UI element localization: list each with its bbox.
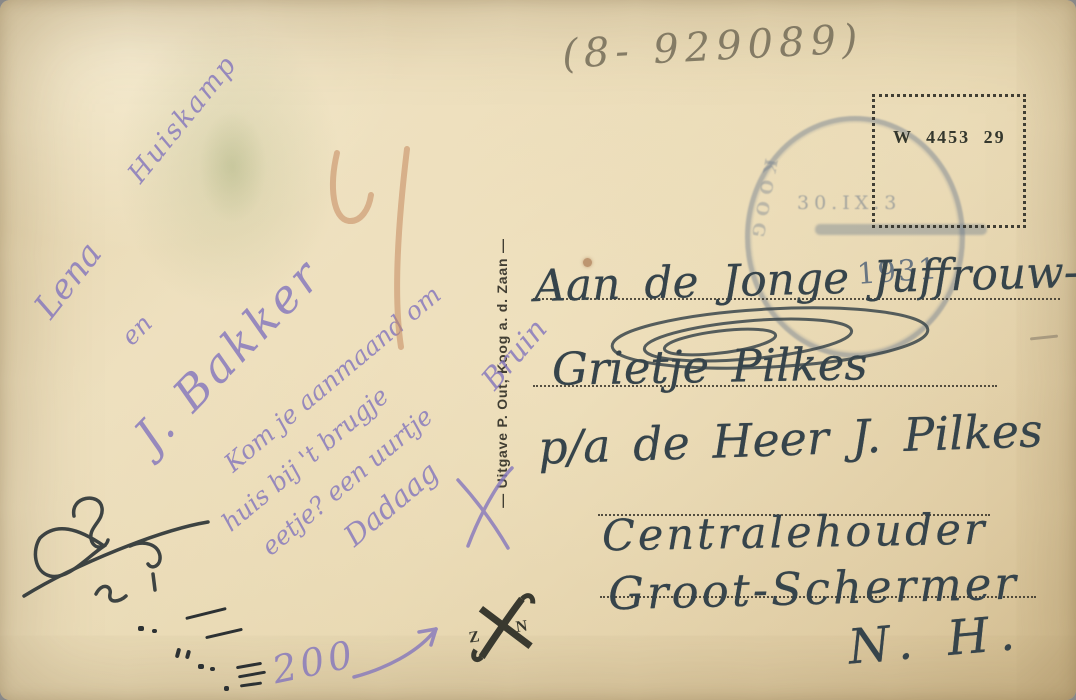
address-line-recipient-title: Aan de Jonge Juffrouw- [533, 247, 1076, 312]
purple-note-name-2: en [115, 309, 157, 351]
address-line-province: N. H. [846, 604, 1027, 675]
ink-tick-1 [175, 648, 181, 659]
purple-cross-flourish [450, 462, 520, 552]
orange-crayon-mark [315, 135, 425, 365]
ink-equals-3 [240, 681, 262, 687]
ink-doodle [12, 488, 212, 638]
ink-dot-5 [224, 686, 229, 691]
purple-count: 200 [268, 632, 360, 693]
postcard-back: (8- 929089) KOOG 30.IX.3 1931 W 4453 29 … [0, 0, 1076, 700]
stamp-box-code: W 4453 29 [893, 127, 1006, 148]
printer-logo: Z N [456, 577, 548, 682]
pencil-number: (8- 929089) [561, 16, 865, 78]
address-line-care-of: p/a de Heer J. Pilkes [537, 403, 1043, 475]
ink-dot-3 [198, 664, 204, 669]
address-line-occupation: Centralehouder [602, 505, 988, 562]
address-line-recipient-name: Grietje Pilkes [552, 337, 868, 395]
ink-dot-4 [210, 667, 215, 671]
printer-logo-z: Z [468, 628, 481, 646]
printer-logo-n: N [515, 617, 529, 636]
purple-note-name-1: Lena [26, 234, 110, 326]
stamp-box: W 4453 29 [872, 94, 1026, 228]
ink-tick-2 [185, 650, 191, 660]
purple-arrow [348, 615, 453, 685]
pencil-dash [1030, 335, 1058, 341]
ink-equals-2 [238, 671, 266, 679]
ink-equals-1 [236, 662, 262, 669]
